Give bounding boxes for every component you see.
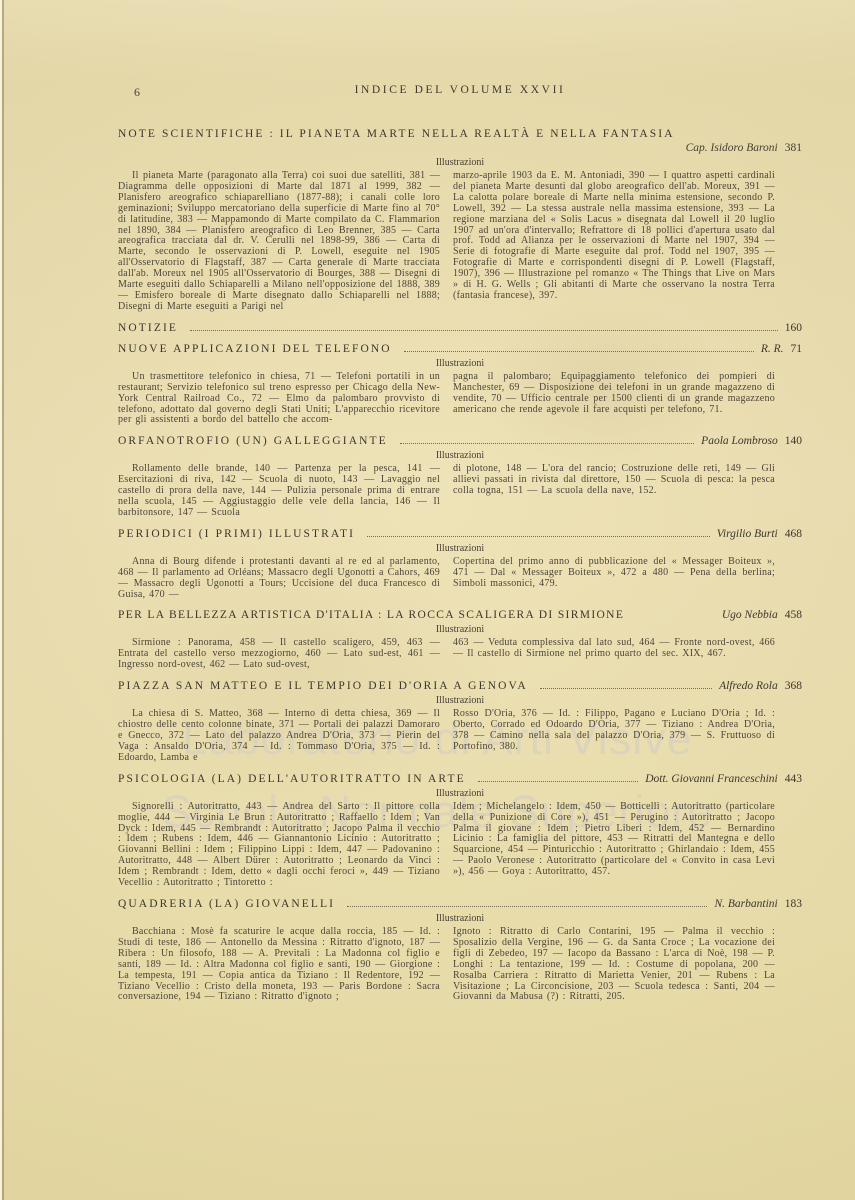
index-section-note-scientifiche: NOTE SCIENTIFICHE : IL PIANETA MARTE NEL… <box>118 128 802 313</box>
illustration-list-left: Bacchiana : Mosè fa scaturire le acque d… <box>118 927 440 1003</box>
illustrations-label: Illustrazioni <box>118 450 802 461</box>
illustration-list-left: Signorelli : Autoritratto, 443 — Andrea … <box>118 802 440 889</box>
index-section-sirmione: PER LA BELLEZZA ARTISTICA D'ITALIA : LA … <box>118 609 802 671</box>
illustration-list-left: Sirmione : Panorama, 458 — Il castello s… <box>118 638 440 671</box>
section-page-ref: 458 <box>785 609 802 621</box>
section-heading-row: NUOVE APPLICAZIONI DEL TELEFONO R. R. 71 <box>118 343 802 355</box>
section-title: PER LA BELLEZZA ARTISTICA D'ITALIA : LA … <box>118 609 624 621</box>
section-author: Ugo Nebbia <box>722 609 778 621</box>
section-title: NOTIZIE <box>118 322 178 334</box>
section-heading-row: PSICOLOGIA (LA) DELL'AUTORITRATTO IN ART… <box>118 773 802 785</box>
section-page-ref: 71 <box>791 343 803 355</box>
index-section-notizie: NOTIZIE 160 <box>118 322 802 334</box>
section-author: Cap. Isidoro Baroni <box>686 142 778 154</box>
index-section-periodici: PERIODICI (I PRIMI) ILLUSTRATI Virgilio … <box>118 528 802 601</box>
illustration-columns: Anna di Bourg difende i protestanti dava… <box>118 557 776 601</box>
illustrations-label: Illustrazioni <box>118 543 802 554</box>
illustrations-label: Illustrazioni <box>118 358 802 369</box>
section-author: Dott. Giovanni Franceschini <box>645 773 778 785</box>
section-page-ref: 183 <box>785 898 802 910</box>
illustration-list-right: Copertina del primo anno di pubblicazion… <box>453 557 775 601</box>
index-section-orfanotrofio: ORFANOTROFIO (UN) GALLEGGIANTE Paola Lom… <box>118 435 802 519</box>
section-page-ref: 368 <box>785 680 802 692</box>
illustrations-label: Illustrazioni <box>118 157 802 168</box>
section-heading-row: ORFANOTROFIO (UN) GALLEGGIANTE Paola Lom… <box>118 435 802 447</box>
index-section-psicologia: PSICOLOGIA (LA) DELL'AUTORITRATTO IN ART… <box>118 773 802 889</box>
section-page-ref: 468 <box>785 528 802 540</box>
index-section-quadreria: QUADRERIA (LA) GIOVANELLI N. Barbantini … <box>118 898 802 1003</box>
illustration-columns: Sirmione : Panorama, 458 — Il castello s… <box>118 638 776 671</box>
dotted-leader <box>367 535 710 537</box>
illustration-list-left: Il pianeta Marte (paragonato alla Terra)… <box>118 171 440 313</box>
section-author: R. R. <box>761 343 784 355</box>
section-title: PSICOLOGIA (LA) DELL'AUTORITRATTO IN ART… <box>118 773 466 785</box>
section-heading-row: NOTE SCIENTIFICHE : IL PIANETA MARTE NEL… <box>118 128 802 140</box>
section-title: PERIODICI (I PRIMI) ILLUSTRATI <box>118 528 355 540</box>
section-author: Virgilio Burti <box>717 528 778 540</box>
dotted-leader <box>404 350 754 352</box>
section-title: NUOVE APPLICAZIONI DEL TELEFONO <box>118 343 392 355</box>
dotted-leader <box>347 905 707 907</box>
illustration-columns: Un trasmettitore telefonico in chiesa, 7… <box>118 372 776 427</box>
section-title: QUADRERIA (LA) GIOVANELLI <box>118 898 335 910</box>
section-author: Paola Lombroso <box>701 435 778 447</box>
illustration-list-left: Anna di Bourg difende i protestanti dava… <box>118 557 440 601</box>
running-head: 6 INDICE DEL VOLUME XXVII <box>118 84 802 102</box>
index-page-content: 6 INDICE DEL VOLUME XXVII NOTE SCIENTIFI… <box>118 84 802 1003</box>
page-edge-shadow <box>2 0 4 1200</box>
illustration-list-left: La chiesa di S. Matteo, 368 — Interno di… <box>118 709 440 764</box>
section-heading-row: QUADRERIA (LA) GIOVANELLI N. Barbantini … <box>118 898 802 910</box>
section-author: Alfredo Rola <box>719 680 778 692</box>
illustration-list-right: marzo-aprile 1903 da E. M. Antoniadi, 39… <box>453 171 775 313</box>
illustrations-label: Illustrazioni <box>118 788 802 799</box>
section-author-row: Cap. Isidoro Baroni 381 <box>118 142 802 154</box>
section-heading-row: PERIODICI (I PRIMI) ILLUSTRATI Virgilio … <box>118 528 802 540</box>
section-page-ref: 381 <box>785 142 802 154</box>
illustration-list-left: Un trasmettitore telefonico in chiesa, 7… <box>118 372 440 427</box>
section-heading-row: NOTIZIE 160 <box>118 322 802 334</box>
dotted-leader <box>190 329 778 331</box>
index-section-piazza-san-matteo: PIAZZA SAN MATTEO E IL TEMPIO DEI D'ORIA… <box>118 680 802 764</box>
index-section-telefono: NUOVE APPLICAZIONI DEL TELEFONO R. R. 71… <box>118 343 802 427</box>
illustrations-label: Illustrazioni <box>118 624 802 635</box>
illustration-columns: Signorelli : Autoritratto, 443 — Andrea … <box>118 802 776 889</box>
dotted-leader <box>400 442 694 444</box>
section-heading-row: PIAZZA SAN MATTEO E IL TEMPIO DEI D'ORIA… <box>118 680 802 692</box>
section-heading-row: PER LA BELLEZZA ARTISTICA D'ITALIA : LA … <box>118 609 802 621</box>
section-title: PIAZZA SAN MATTEO E IL TEMPIO DEI D'ORIA… <box>118 680 528 692</box>
section-title: ORFANOTROFIO (UN) GALLEGGIANTE <box>118 435 388 447</box>
dotted-leader <box>540 687 712 689</box>
section-page-ref: 443 <box>785 773 802 785</box>
illustration-columns: Rollamento delle brande, 140 — Partenza … <box>118 464 776 519</box>
section-page-ref: 140 <box>785 435 802 447</box>
illustration-columns: Bacchiana : Mosè fa scaturire le acque d… <box>118 927 776 1003</box>
volume-index-title: INDICE DEL VOLUME XXVII <box>118 84 802 96</box>
page-number: 6 <box>134 85 140 100</box>
section-page-ref: 160 <box>785 322 802 334</box>
illustration-list-right: pagna il palombaro; Equipaggiamento tele… <box>453 372 775 427</box>
illustration-columns: La chiesa di S. Matteo, 368 — Interno di… <box>118 709 776 764</box>
illustration-list-left: Rollamento delle brande, 140 — Partenza … <box>118 464 440 519</box>
heading-spacer <box>636 617 715 618</box>
illustration-list-right: Ignoto : Ritratto di Carlo Contarini, 19… <box>453 927 775 1003</box>
illustration-columns: Il pianeta Marte (paragonato alla Terra)… <box>118 171 776 313</box>
section-title: NOTE SCIENTIFICHE : IL PIANETA MARTE NEL… <box>118 128 675 140</box>
illustration-list-right: di plotone, 148 — L'ora del rancio; Cost… <box>453 464 775 519</box>
section-author: N. Barbantini <box>714 898 777 910</box>
illustrations-label: Illustrazioni <box>118 913 802 924</box>
illustration-list-right: Idem ; Michelangelo : Idem, 450 — Bottic… <box>453 802 775 889</box>
illustrations-label: Illustrazioni <box>118 695 802 706</box>
illustration-list-right: 463 — Veduta complessiva dal lato sud, 4… <box>453 638 775 671</box>
dotted-leader <box>478 780 638 782</box>
illustration-list-right: Rosso D'Oria, 376 — Id. : Filippo, Pagan… <box>453 709 775 764</box>
